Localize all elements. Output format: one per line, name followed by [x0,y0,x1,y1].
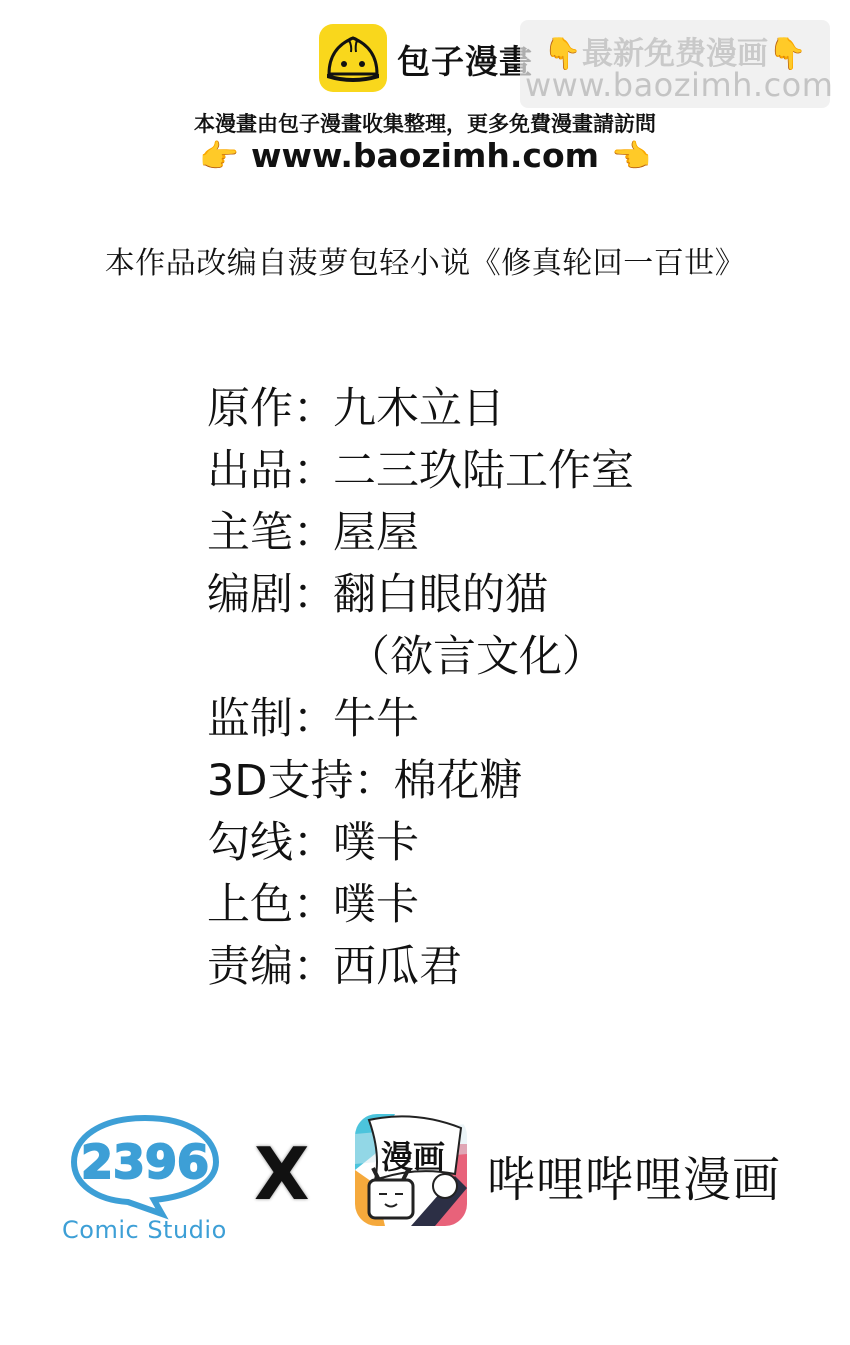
credit-name: 屋屋 [333,502,419,564]
credit-role: 编剧 [207,564,293,626]
bilibili-comics-app-icon: 漫画 [355,1114,467,1226]
credit-row: 3D支持：棉花糖 [207,750,634,812]
pointing-right-icon: 👉 [199,137,239,175]
credit-separator: ： [293,874,333,936]
credit-role: 勾线 [207,812,293,874]
credit-name: 牛牛 [333,688,419,750]
studio-2396-logo-icon: 2396 [70,1112,220,1222]
collaboration-x-icon: X [254,1132,310,1216]
site-url-link[interactable]: www.baozimh.com [251,136,599,175]
credit-name: 西瓜君 [333,936,462,998]
credit-name: 二三玖陆工作室 [333,440,634,502]
credit-name: （欲言文化） [347,626,605,688]
credit-role: 3D支持 [207,750,353,812]
svg-text:漫画: 漫画 [381,1138,445,1176]
svg-text:2396: 2396 [81,1135,209,1189]
credit-separator: ： [293,502,333,564]
site-url-line[interactable]: 👉www.baozimh.com👈 [0,136,850,175]
watermark-url: www.baozimh.com [525,66,825,104]
credit-separator: ： [293,564,333,626]
credit-row: 出品：二三玖陆工作室 [207,440,634,502]
adaptation-note: 本作品改编自菠萝包轻小说《修真轮回一百世》 [0,238,850,282]
credit-separator: ： [293,378,333,440]
credit-name: 噗卡 [333,874,419,936]
pointing-left-icon: 👈 [611,137,651,175]
brand-name: 包子漫畫 [397,36,533,83]
credit-name: 九木立日 [333,378,505,440]
studio-name: Comic Studio [62,1216,227,1244]
credit-role: 原作 [207,378,293,440]
credit-row: 上色：噗卡 [207,874,634,936]
baozimh-logo-icon [319,24,387,92]
credit-separator: ： [353,750,393,812]
credit-role: 责编 [207,936,293,998]
credit-role: 上色 [207,874,293,936]
credit-separator: ： [293,688,333,750]
credit-row: 监制：牛牛 [207,688,634,750]
bilibili-comics-name: 哔哩哔哩漫画 [487,1141,781,1210]
credit-name: 噗卡 [333,812,419,874]
credits-list: 原作：九木立日 出品：二三玖陆工作室 主笔：屋屋 编剧：翻白眼的猫 （欲言文化）… [207,378,634,998]
credit-separator: ： [293,440,333,502]
credit-row: 主笔：屋屋 [207,502,634,564]
credit-name: 翻白眼的猫 [333,564,548,626]
source-notice: 本漫畫由包子漫畫收集整理，更多免費漫畫請訪問 [0,108,850,138]
credit-row: 编剧：翻白眼的猫 [207,564,634,626]
credit-row: 责编：西瓜君 [207,936,634,998]
credit-row: 原作：九木立日 [207,378,634,440]
credit-name: 棉花糖 [393,750,522,812]
credit-role: 监制 [207,688,293,750]
credit-role: 出品 [207,440,293,502]
credit-separator: ： [293,936,333,998]
credit-row: 勾线：噗卡 [207,812,634,874]
credit-separator: ： [293,812,333,874]
credit-row-continuation: （欲言文化） [207,626,634,688]
credit-role: 主笔 [207,502,293,564]
